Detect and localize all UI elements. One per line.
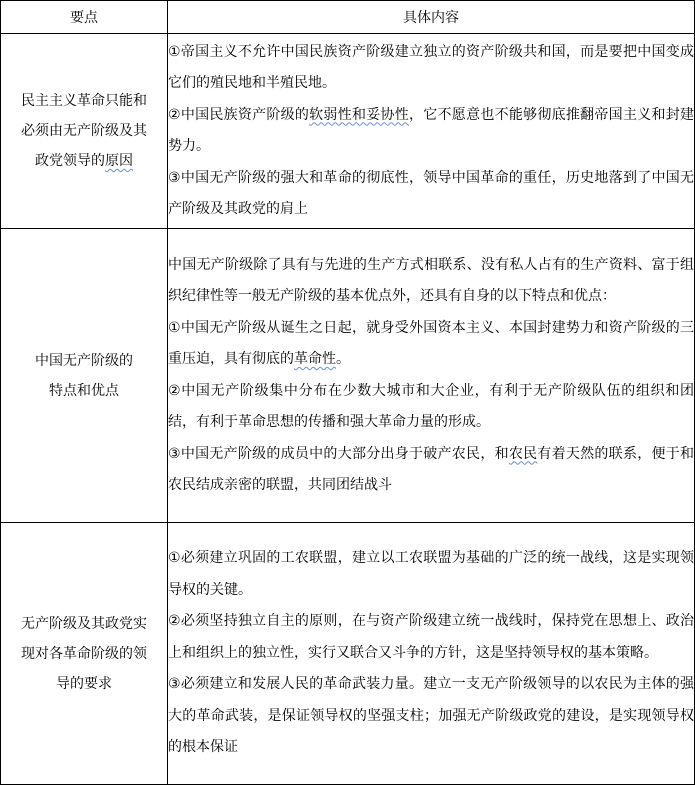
paragraph: 中国无产阶级除了具有与先进的生产方式相联系、没有私人占有的生产资料、富于组织纪律… xyxy=(168,250,694,313)
header-key-point: 要点 xyxy=(1,1,168,34)
row-content: ①帝国主义不允许中国民族资产阶级建立独立的资产阶级共和国，而是要把中国变成它们的… xyxy=(168,34,695,229)
paragraph: ③必须建立和发展人民的革命武装力量。建立一支无产阶级领导的以农民为主体的强大的革… xyxy=(168,669,694,764)
paragraph: ②必须坚持独立自主的原则，在与资产阶级建立统一战线时，保持党在思想上、政治上和组… xyxy=(168,606,694,669)
wavy-underlined-text: 农民 xyxy=(509,446,538,462)
wavy-underlined-text: 革命性 xyxy=(294,351,336,367)
row-key: 民主主义革命只能和 必须由无产阶级及其 政党领导的原因 xyxy=(1,34,168,229)
paragraph: ①帝国主义不允许中国民族资产阶级建立独立的资产阶级共和国，而是要把中国变成它们的… xyxy=(168,37,694,100)
table-row: 无产阶级及其政党实 现对各革命阶级的领 导的要求 ①必须建立巩固的工农联盟，建立… xyxy=(1,523,695,785)
paragraph: ②中国民族资产阶级的软弱性和妥协性，它不愿意也不能够彻底推翻帝国主义和封建势力。 xyxy=(168,100,694,163)
paragraph: ①必须建立巩固的工农联盟，建立以工农联盟为基础的广泛的统一战线，这是实现领导权的… xyxy=(168,543,694,606)
wavy-underlined-text: 软弱性和妥协性 xyxy=(309,107,409,123)
table-row: 民主主义革命只能和 必须由无产阶级及其 政党领导的原因 ①帝国主义不允许中国民族… xyxy=(1,34,695,229)
paragraph: ③中国无产阶级的成员中的大部分出身于破产农民，和农民有着天然的联系，便于和农民结… xyxy=(168,439,694,502)
row-key: 无产阶级及其政党实 现对各革命阶级的领 导的要求 xyxy=(1,523,168,785)
paragraph: ②中国无产阶级集中分布在少数大城市和大企业，有利于无产阶级队伍的组织和团结，有利… xyxy=(168,376,694,439)
header-row: 要点 具体内容 xyxy=(1,1,695,34)
summary-table: 要点 具体内容 民主主义革命只能和 必须由无产阶级及其 政党领导的原因 ①帝国主… xyxy=(0,0,695,785)
wavy-underlined-text: 原因 xyxy=(105,153,133,169)
row-content: ①必须建立巩固的工农联盟，建立以工农联盟为基础的广泛的统一战线，这是实现领导权的… xyxy=(168,523,695,785)
paragraph: ①中国无产阶级从诞生之日起，就身受外国资本主义、本国封建势力和资产阶级的三重压迫… xyxy=(168,313,694,376)
paragraph: ③中国无产阶级的强大和革命的彻底性，领导中国革命的重任，历史地落到了中国无产阶级… xyxy=(168,163,694,226)
row-content: 中国无产阶级除了具有与先进的生产方式相联系、没有私人占有的生产资料、富于组织纪律… xyxy=(168,229,695,523)
row-key: 中国无产阶级的 特点和优点 xyxy=(1,229,168,523)
header-details: 具体内容 xyxy=(168,1,695,34)
table-row: 中国无产阶级的 特点和优点 中国无产阶级除了具有与先进的生产方式相联系、没有私人… xyxy=(1,229,695,523)
